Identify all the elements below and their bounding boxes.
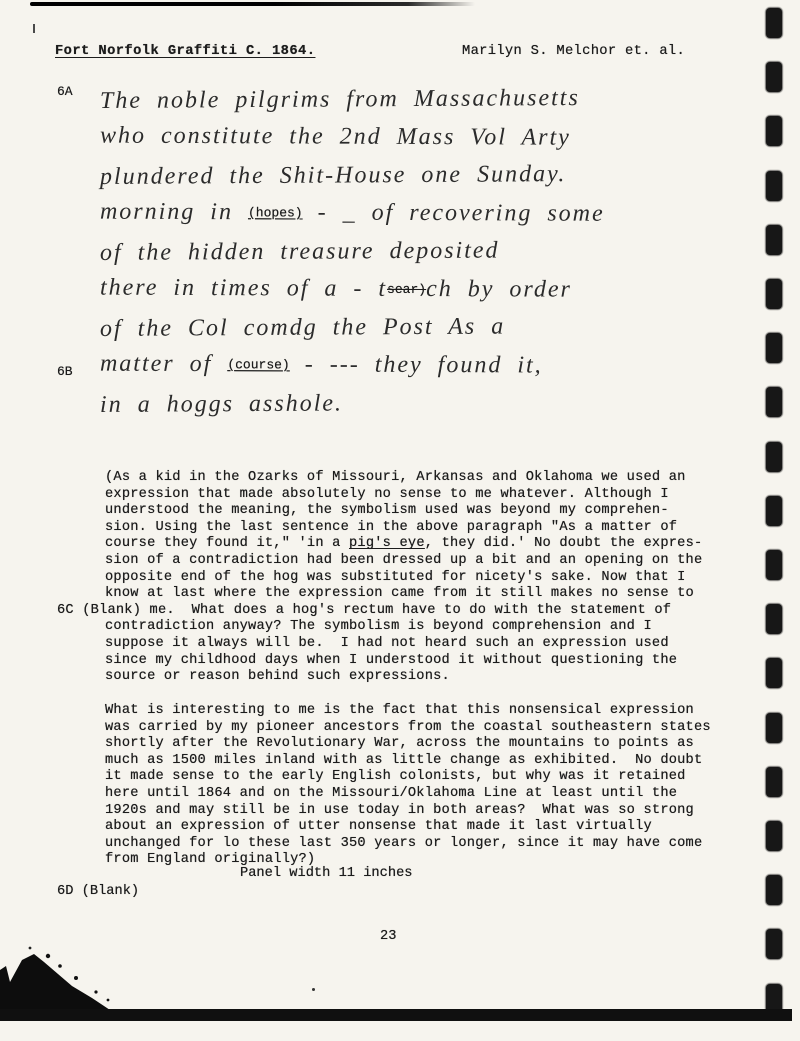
text-segment: shortly after the Revolutionary War, acr… (105, 736, 694, 751)
text-segment: - _ of recovering some (303, 199, 605, 226)
panel-width-note: Panel width 11 inches (240, 866, 413, 881)
binding-hole (766, 8, 782, 38)
binding-hole (766, 496, 782, 526)
typed-line: know at last where the expression came f… (105, 586, 745, 603)
typed-line: it made sense to the early English colon… (105, 769, 745, 786)
binding-hole (766, 929, 782, 959)
document-author: Marilyn S. Melchor et. al. (462, 44, 685, 59)
typed-line: (As a kid in the Ozarks of Missouri, Ark… (105, 470, 745, 487)
text-segment: contradiction anyway? The symbolism is b… (105, 619, 652, 634)
binding-hole (766, 62, 782, 92)
handwritten-line: in a hoggs asshole. (100, 382, 740, 424)
scan-speck (312, 988, 315, 991)
typed-paragraph-2: What is interesting to me is the fact th… (105, 703, 745, 869)
text-segment: sion of a contradiction had been dressed… (105, 553, 702, 568)
text-segment: since my childhood days when I understoo… (105, 653, 677, 668)
text-segment: understood the meaning, the symbolism us… (105, 503, 669, 518)
text-segment: much as 1500 miles inland with as little… (105, 753, 702, 768)
text-segment: about an expression of utter nonsense th… (105, 819, 652, 834)
scan-edge-tick (33, 24, 35, 33)
typed-line: shortly after the Revolutionary War, acr… (105, 736, 745, 753)
typed-line: What is interesting to me is the fact th… (105, 703, 745, 720)
typed-line: opposite end of the hog was substituted … (105, 570, 745, 587)
scan-edge-line-bottom (0, 1009, 792, 1021)
binding-hole (766, 171, 782, 201)
text-segment: morning in (100, 199, 248, 226)
section-label-6a: 6A (57, 84, 73, 99)
handwritten-line: plundered the Shit-House one Sunday. (100, 154, 740, 196)
binding-hole (766, 658, 782, 688)
text-segment: was carried by my pioneer ancestors from… (105, 720, 711, 735)
text-segment: there in times of a - t (100, 275, 387, 302)
text-segment: expression that made absolutely no sense… (105, 487, 669, 502)
typed-line: sion. Using the last sentence in the abo… (105, 520, 745, 537)
typed-line: about an expression of utter nonsense th… (105, 819, 745, 836)
binding-hole (766, 713, 782, 743)
text-segment: of the hidden treasure deposited (100, 238, 500, 266)
typed-insert: (course) (227, 357, 289, 372)
typed-line: 1920s and may still be in use today in b… (105, 803, 745, 820)
typed-line: since my childhood days when I understoo… (105, 653, 745, 670)
typed-line: unchanged for lo these last 350 years or… (105, 836, 745, 853)
typed-line: contradiction anyway? The symbolism is b… (105, 619, 745, 636)
text-segment: know at last where the expression came f… (105, 586, 694, 601)
text-segment: 6C (Blank) me. What does a hog's rectum … (57, 603, 671, 618)
binding-hole (766, 225, 782, 255)
text-segment: , they did.' No doubt the expres- (425, 536, 703, 551)
typed-insert: (hopes) (248, 205, 303, 220)
scan-edge-line-top (30, 2, 475, 6)
section-label-6b: 6B (57, 364, 73, 379)
handwritten-line: of the Col comdg the Post As a (100, 306, 740, 348)
text-segment: in a hoggs asshole. (100, 390, 343, 417)
text-segment: ch by order (426, 276, 572, 303)
binding-hole (766, 550, 782, 580)
binding-hole (766, 604, 782, 634)
text-segment: opposite end of the hog was substituted … (105, 570, 686, 585)
text-segment: pig's eye (349, 536, 425, 551)
handwritten-graffiti-block: The noble pilgrims from Massachusettswho… (100, 80, 740, 422)
text-segment: What is interesting to me is the fact th… (105, 703, 694, 718)
typed-line: 6C (Blank) me. What does a hog's rectum … (57, 603, 745, 620)
text-segment: plundered the Shit-House one Sunday. (100, 161, 567, 190)
text-segment: unchanged for lo these last 350 years or… (105, 836, 702, 851)
text-segment: it made sense to the early English colon… (105, 769, 686, 784)
typed-line: course they found it," 'in a pig's eye, … (105, 536, 745, 553)
text-segment: The noble pilgrims from Massachusetts (100, 85, 580, 114)
binding-hole (766, 767, 782, 797)
typed-line: was carried by my pioneer ancestors from… (105, 720, 745, 737)
binding-hole (766, 875, 782, 905)
text-segment: (As a kid in the Ozarks of Missouri, Ark… (105, 470, 686, 485)
binding-hole (766, 442, 782, 472)
handwritten-line: The noble pilgrims from Massachusetts (100, 78, 740, 120)
typed-line: expression that made absolutely no sense… (105, 487, 745, 504)
binding-hole (766, 333, 782, 363)
scanned-document-page: Fort Norfolk Graffiti C. 1864. Marilyn S… (0, 0, 800, 1041)
typed-line: sion of a contradiction had been dressed… (105, 553, 745, 570)
text-segment: here until 1864 and on the Missouri/Okla… (105, 786, 677, 801)
typed-line: much as 1500 miles inland with as little… (105, 753, 745, 770)
text-segment: matter of (100, 351, 227, 378)
text-segment: suppose it always will be. I had not hea… (105, 636, 669, 651)
section-label-6d: 6D (Blank) (57, 884, 139, 899)
binding-hole (766, 387, 782, 417)
scan-ink-smudge (0, 940, 140, 1020)
text-segment: - --- they found it, (290, 351, 543, 378)
binding-hole (766, 279, 782, 309)
handwritten-line: matter of (course) - --- they found it, (100, 345, 740, 386)
text-segment: who constitute the 2nd Mass Vol Arty (100, 123, 571, 151)
document-title: Fort Norfolk Graffiti C. 1864. (55, 44, 315, 59)
typed-paragraph-1: (As a kid in the Ozarks of Missouri, Ark… (105, 470, 745, 686)
text-segment: source or reason behind such expressions… (105, 669, 450, 684)
typed-line: from England originally?) (105, 852, 745, 869)
text-segment: of the Col comdg the Post As a (100, 313, 505, 341)
text-segment: course they found it," 'in a (105, 536, 349, 551)
binding-hole (766, 821, 782, 851)
handwritten-line: who constitute the 2nd Mass Vol Arty (100, 117, 740, 158)
text-segment: sion. Using the last sentence in the abo… (105, 520, 677, 535)
typed-line: suppose it always will be. I had not hea… (105, 636, 745, 653)
typed-line: source or reason behind such expressions… (105, 669, 745, 686)
handwritten-line: of the hidden treasure deposited (100, 230, 740, 272)
binding-hole (766, 116, 782, 146)
handwritten-line: there in times of a - tsear)ch by order (100, 269, 740, 310)
text-segment: 1920s and may still be in use today in b… (105, 803, 694, 818)
handwritten-line: morning in (hopes) - _ of recovering som… (100, 193, 740, 234)
page-number: 23 (380, 929, 396, 944)
typed-insert: sear) (387, 282, 426, 297)
typed-line: understood the meaning, the symbolism us… (105, 503, 745, 520)
typed-line: here until 1864 and on the Missouri/Okla… (105, 786, 745, 803)
